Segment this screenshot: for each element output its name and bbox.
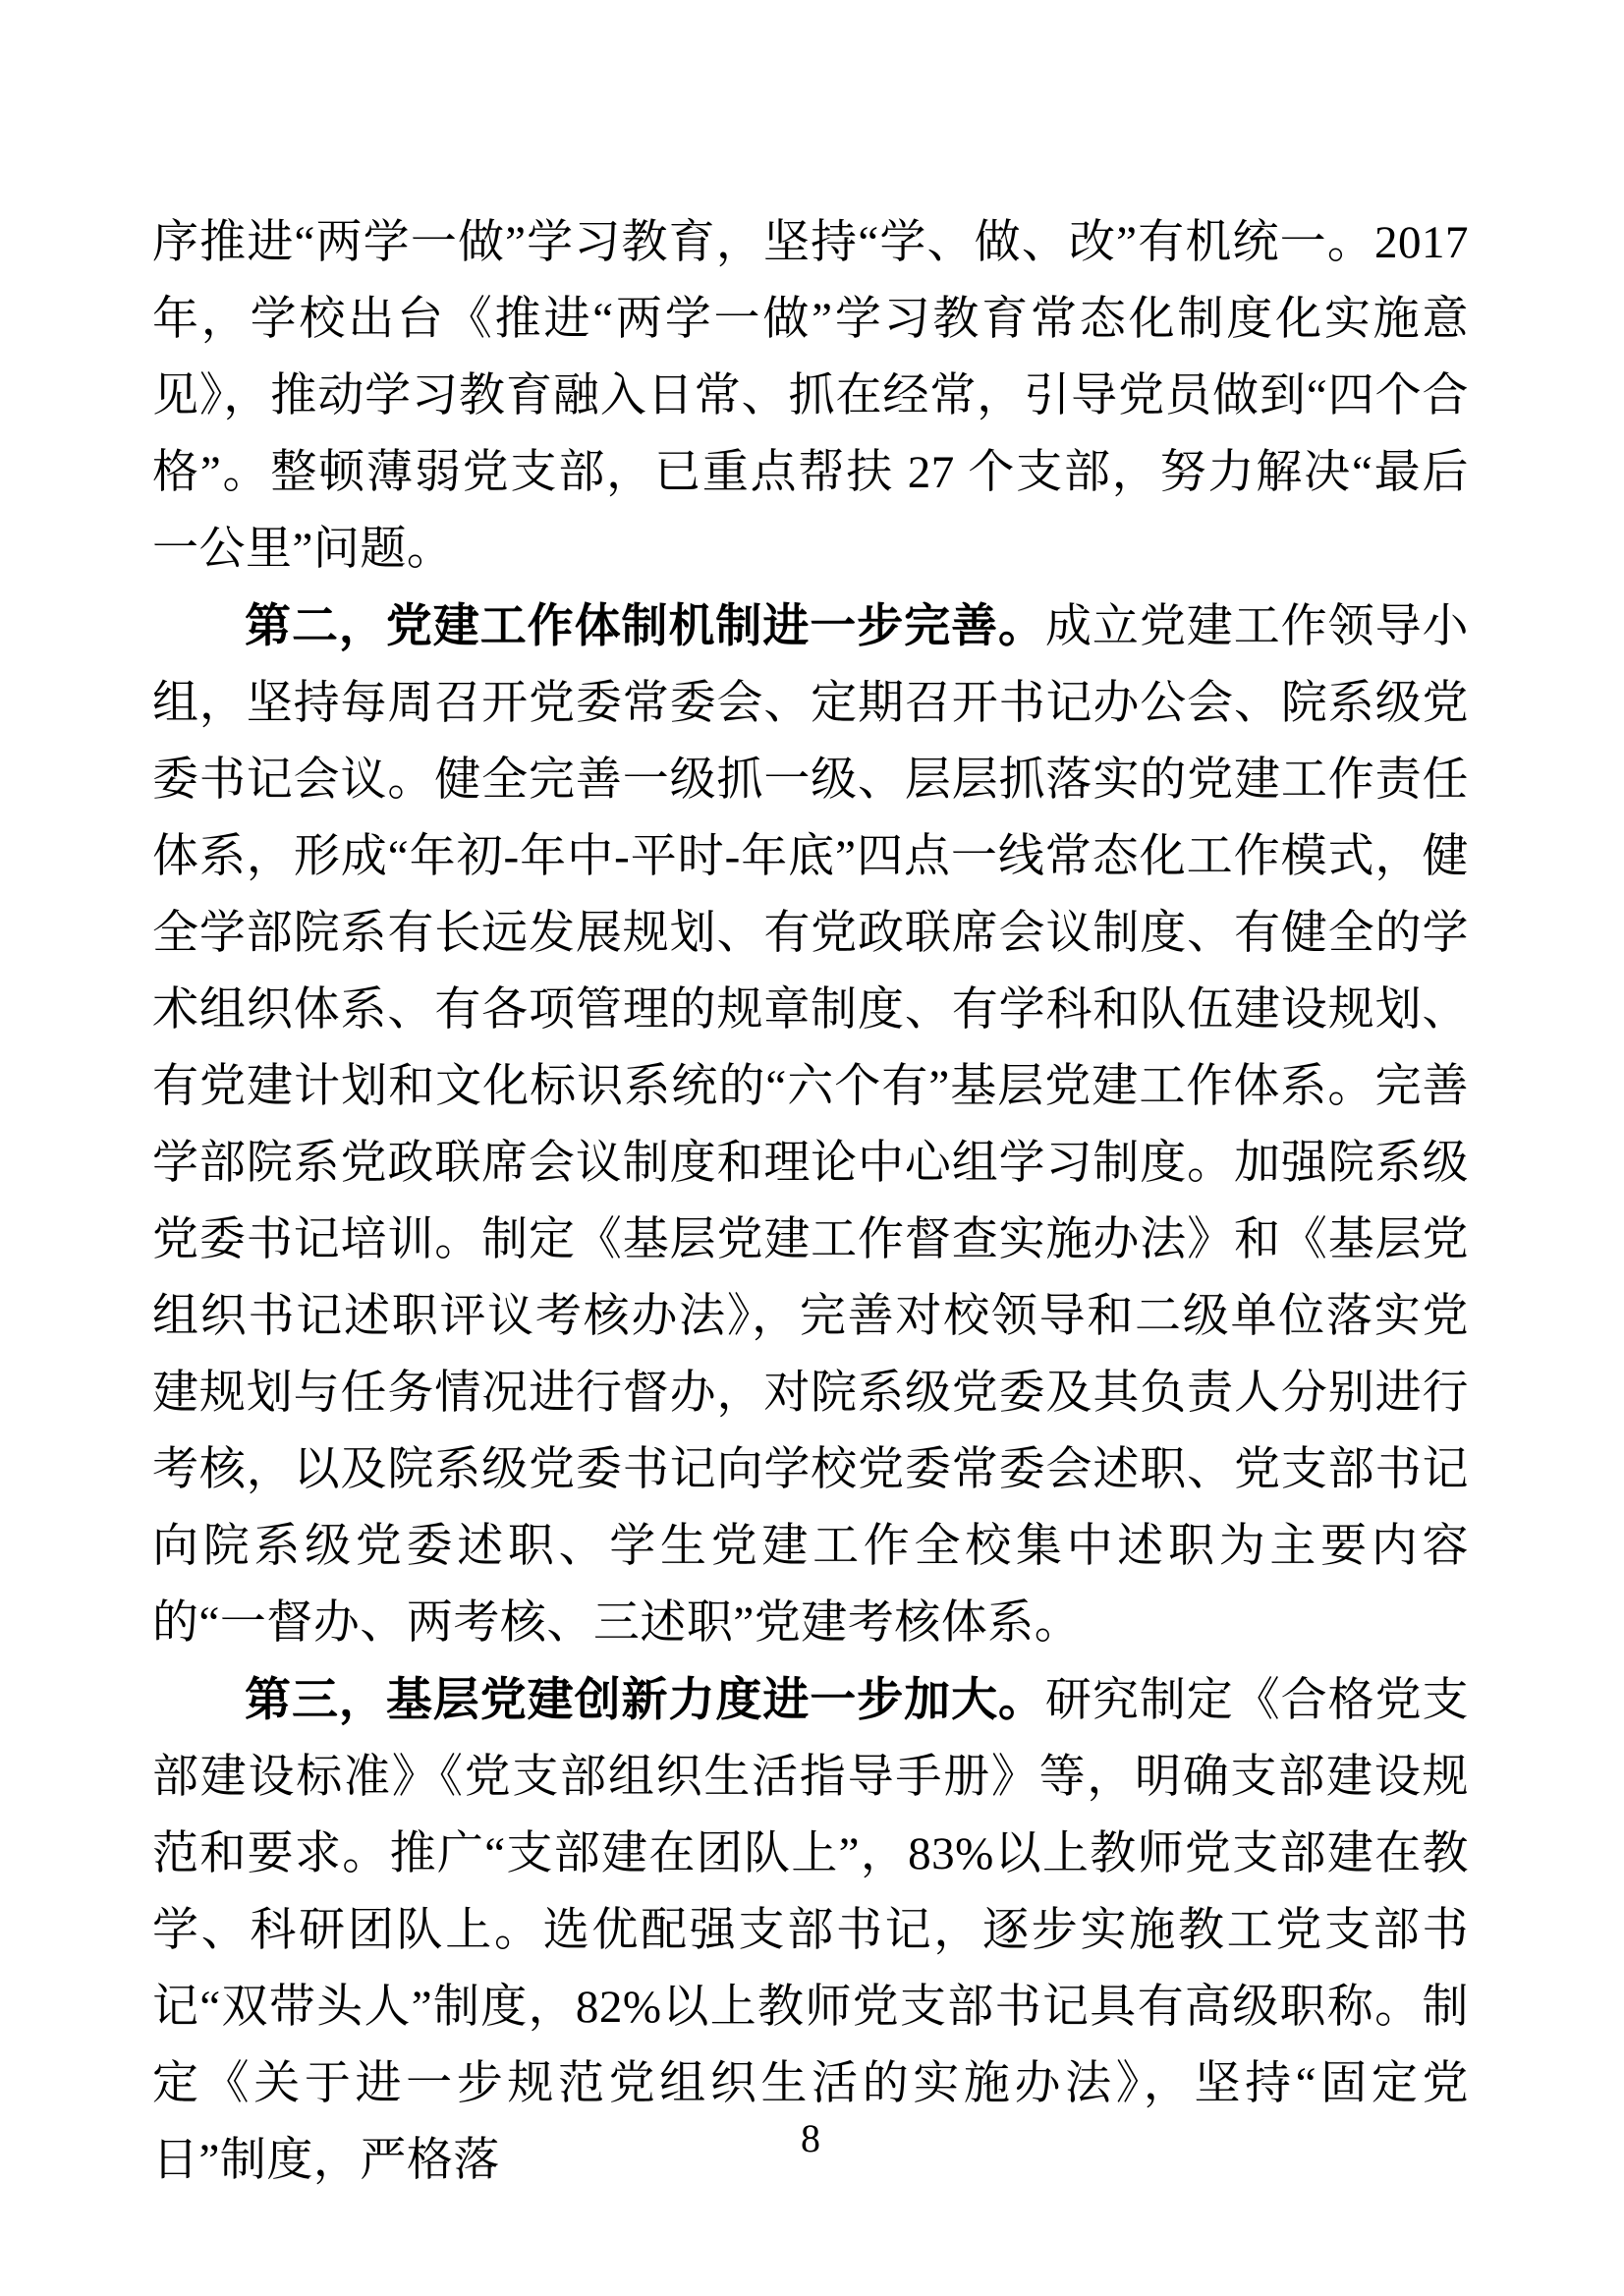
- paragraph-lead: 第三，基层党建创新力度进一步加大。: [245, 1673, 1045, 1725]
- paragraph-lead: 第二，党建工作体制机制进一步完善。: [245, 599, 1045, 651]
- page-number: 8: [152, 2114, 1469, 2163]
- document-page: 序推进“两学一做”学习教育，坚持“学、做、改”有机统一。2017 年，学校出台《…: [0, 0, 1624, 2296]
- document-body-text: 序推进“两学一做”学习教育，坚持“学、做、改”有机统一。2017 年，学校出台《…: [152, 204, 1469, 2199]
- paragraph: 第二，党建工作体制机制进一步完善。成立党建工作领导小组，坚持每周召开党委常委会、…: [152, 588, 1469, 1661]
- paragraph: 序推进“两学一做”学习教育，坚持“学、做、改”有机统一。2017 年，学校出台《…: [152, 204, 1469, 588]
- paragraph-body: 序推进“两学一做”学习教育，坚持“学、做、改”有机统一。2017 年，学校出台《…: [152, 217, 1469, 575]
- paragraph-body: 研究制定《合格党支部建设标准》《党支部组织生活指导手册》等，明确支部建设规范和要…: [152, 1675, 1469, 2186]
- paragraph-body: 成立党建工作领导小组，坚持每周召开党委常委会、定期召开书记办公会、院系级党委书记…: [152, 601, 1469, 1649]
